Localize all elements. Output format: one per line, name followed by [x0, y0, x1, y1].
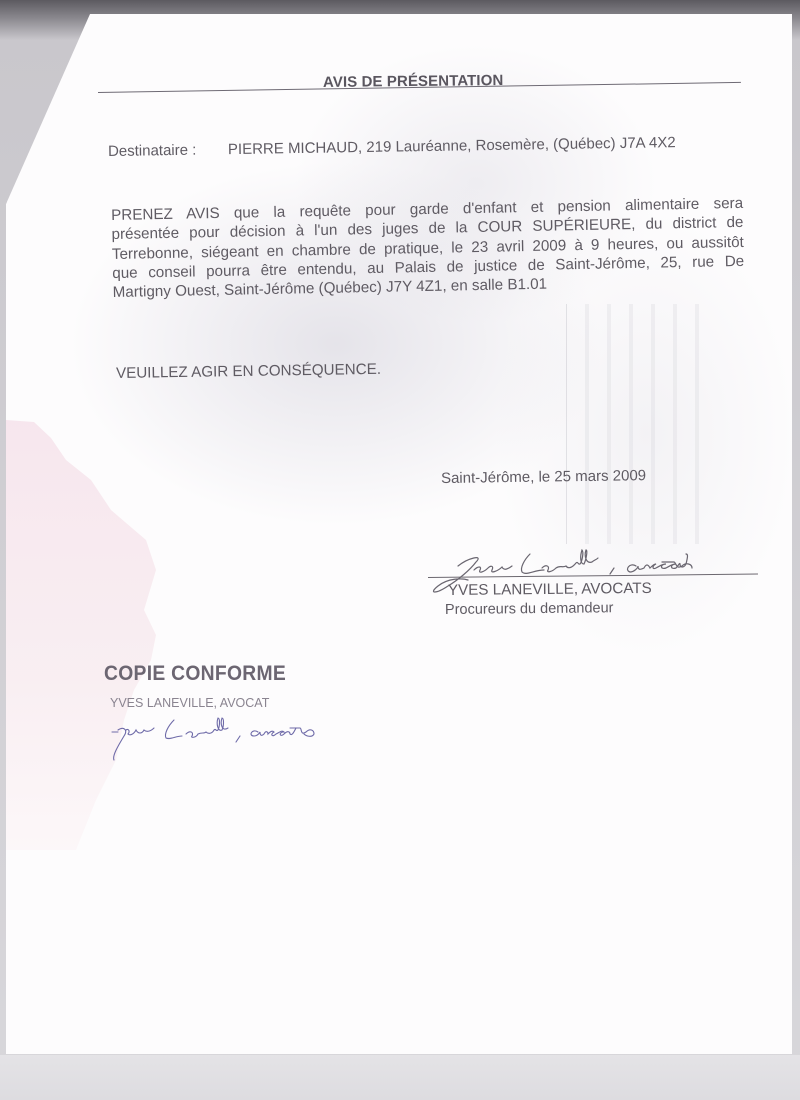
- notice-paragraph: PRENEZ AVIS que la requête pour garde d'…: [111, 194, 745, 303]
- document-content: AVIS DE PRÉSENTATION Destinataire :PIERR…: [0, 0, 800, 1100]
- stamp-title: COPIE CONFORME: [104, 662, 286, 686]
- signature-block: Yves Laneville, avocats YVES LANEVILLE, …: [418, 540, 768, 630]
- signatory-role: Procureurs du demandeur: [445, 600, 614, 618]
- recipient-value: PIERRE MICHAUD, 219 Lauréanne, Rosemère,…: [228, 134, 676, 158]
- place-and-date: Saint-Jérôme, le 25 mars 2009: [441, 467, 646, 487]
- recipient-label: Destinataire :: [108, 141, 228, 160]
- recipient-line: Destinataire :PIERRE MICHAUD, 219 Lauréa…: [108, 134, 676, 160]
- law-firm-name: YVES LANEVILLE, AVOCATS: [448, 580, 652, 599]
- certified-copy-stamp: COPIE CONFORME YVES LANEVILLE, AVOCAT Yv…: [104, 662, 364, 762]
- stamp-attorney-name: YVES LANEVILLE, AVOCAT: [110, 696, 269, 710]
- action-notice: VEUILLEZ AGIR EN CONSÉQUENCE.: [116, 361, 381, 382]
- stamp-handwritten-signature: Yves Laneville, avocats: [104, 712, 364, 762]
